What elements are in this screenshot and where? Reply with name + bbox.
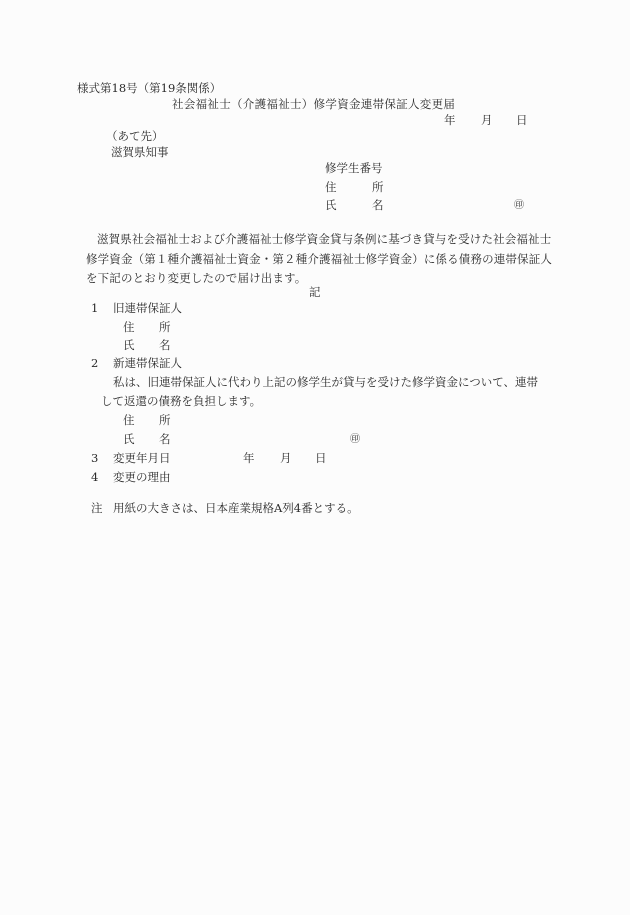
form-number: 様式第18号（第19条関係） (77, 83, 221, 95)
seal-icon: ㊞ (350, 435, 360, 445)
seal-icon: ㊞ (514, 201, 524, 211)
note-mark: 注 (91, 503, 103, 515)
ki-heading: 記 (309, 287, 321, 299)
item-number: 1 (91, 303, 98, 315)
new-name-char-2: 名 (159, 434, 171, 446)
addressee-name: 滋賀県知事 (111, 147, 169, 159)
date-month-label: 月 (481, 115, 493, 127)
item-number: 2 (91, 358, 98, 370)
new-name-char-1: 氏 (123, 434, 135, 446)
item-label: 新連帯保証人 (113, 358, 182, 370)
name-char-2: 名 (372, 200, 384, 212)
old-address-char-1: 住 (123, 322, 135, 334)
new-address-char-1: 住 (123, 415, 135, 427)
addressee-prefix: （あて先） (106, 131, 164, 143)
item-label: 変更の理由 (113, 472, 171, 484)
pledge-text-line-1: 私は、旧連帯保証人に代わり上記の修学生が貸与を受けた修学資金について、連帯 (113, 377, 538, 389)
old-name-char-2: 名 (159, 340, 171, 352)
applicant-address-label: 住 所 (325, 182, 337, 194)
student-number-label: 修学生番号 (325, 163, 383, 175)
change-day-label: 日 (315, 453, 327, 465)
applicant-name-label: 氏 名 (325, 200, 337, 212)
address-char-1: 住 (325, 180, 337, 194)
new-address-char-2: 所 (159, 415, 171, 427)
date-day-label: 日 (516, 115, 528, 127)
item-label: 旧連帯保証人 (113, 303, 182, 315)
document-title: 社会福祉士（介護福祉士）修学資金連帯保証人変更届 (172, 99, 455, 111)
item-number: 3 (91, 453, 98, 465)
old-address-char-2: 所 (159, 322, 171, 334)
body-paragraph: 滋賀県社会福祉士および介護福祉士修学資金貸与条例に基づき貸与を受けた社会福祉士修… (86, 230, 556, 289)
change-month-label: 月 (280, 453, 292, 465)
address-char-2: 所 (372, 182, 384, 194)
pledge-text-line-2: して返還の債務を負担します。 (101, 396, 261, 408)
item-label: 変更年月日 (113, 453, 171, 465)
change-year-label: 年 (243, 453, 255, 465)
name-char-1: 氏 (325, 198, 337, 212)
date-year-label: 年 (444, 115, 456, 127)
note-text: 用紙の大きさは、日本産業規格A列4番とする。 (113, 503, 359, 515)
old-name-char-1: 氏 (123, 340, 135, 352)
item-number: 4 (91, 472, 98, 484)
